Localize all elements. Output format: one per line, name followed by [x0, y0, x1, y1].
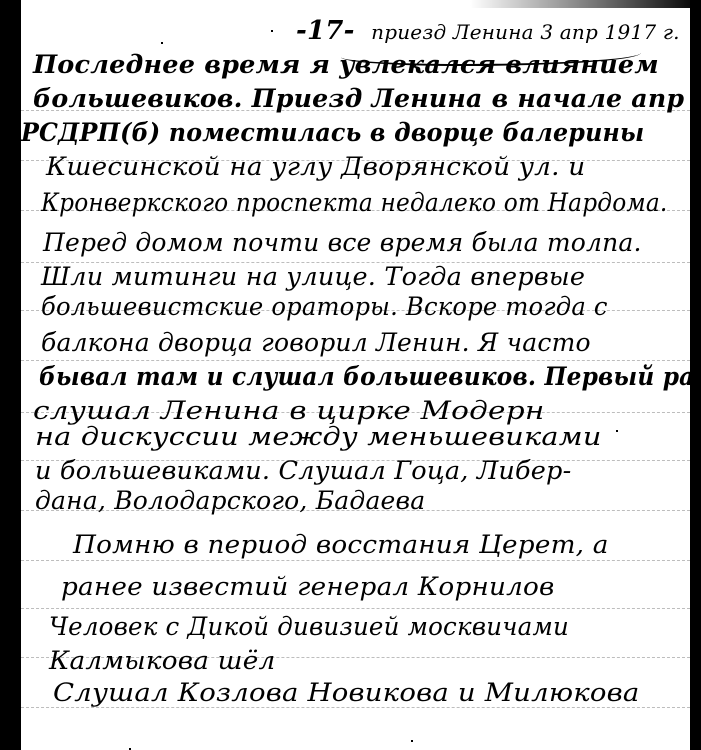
text-line: Человек с Дикой дивизией москвичами	[49, 612, 569, 641]
scan-right-border	[690, 0, 701, 750]
ruled-line	[21, 560, 690, 561]
scan-left-border	[0, 0, 21, 750]
scan-top-shadow	[470, 0, 701, 8]
text-line: Кшесинской на углу Дворянской ул. и	[46, 152, 585, 181]
text-line: и большевиками. Слушал Гоца, Либер-	[35, 456, 571, 485]
text-line: бывал там и слушал большевиков. Первый р…	[39, 362, 690, 391]
page-number: -17-	[296, 16, 355, 46]
text-line: Помню в период восстания Церет, а	[73, 530, 609, 559]
scan-speck	[271, 30, 273, 32]
scan-speck	[161, 42, 163, 44]
scan-speck	[411, 740, 413, 742]
text-line: дана, Володарского, Бадаева	[35, 486, 425, 515]
text-line: Слушал Козлова Новикова и Милюкова	[53, 678, 640, 707]
scan-speck	[616, 430, 618, 432]
text-line: Перед домом почти все время была толпа.	[43, 228, 642, 257]
text-line: ранее известий генерал Корнилов	[61, 572, 555, 601]
text-line: балкона дворца говорил Ленин. Я часто	[41, 328, 591, 357]
text-line: слушал Ленина в цирке Модерн	[33, 396, 545, 425]
text-line: Последнее время я увлекался влиянием	[33, 50, 659, 79]
ruled-line	[21, 608, 690, 609]
text-line: большевиков. Приезд Ленина в начале апр	[33, 84, 684, 113]
manuscript-page: -17- приезд Ленина 3 апр 1917 г. Последн…	[21, 0, 690, 750]
text-line: большевистские ораторы. Вскоре тогда с	[41, 292, 608, 321]
text-line: Калмыкова шёл	[49, 646, 275, 675]
ruled-line	[21, 707, 690, 708]
ruled-line	[21, 360, 690, 361]
text-line: Кронверкского проспекта недалеко от Нард…	[41, 188, 668, 217]
page-header: -17- приезд Ленина 3 апр 1917 г.	[296, 16, 680, 46]
header-note: приезд Ленина 3 апр 1917 г.	[371, 20, 680, 44]
text-line: РСДРП(б) поместилась в дворце балерины	[21, 118, 644, 147]
text-line: на дискуссии между меньшевиками	[35, 422, 602, 451]
text-line: Шли митинги на улице. Тогда впервые	[41, 262, 585, 291]
